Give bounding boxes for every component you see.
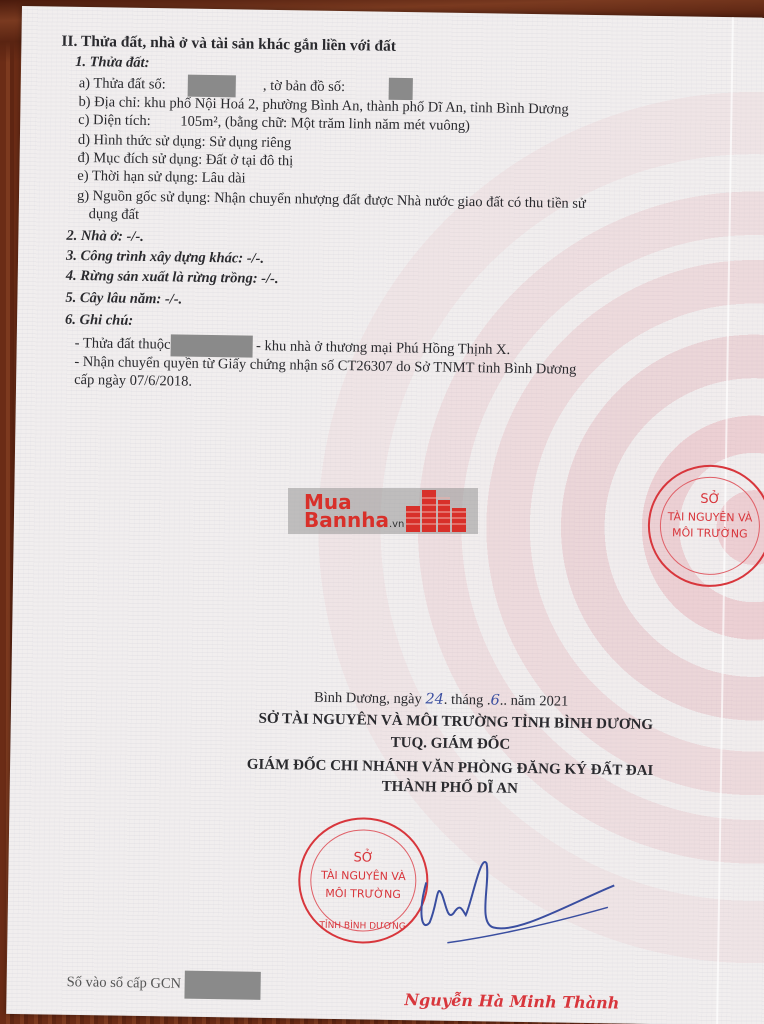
redacted-map-sheet: [389, 78, 413, 100]
building-icon: [406, 490, 466, 532]
notes-line1-prefix: - Thửa đất thuộc: [75, 335, 171, 353]
notes-heading: 6. Ghi chú:: [65, 311, 133, 330]
usage-term: e) Thời hạn sử dụng: Lâu dài: [77, 167, 246, 188]
notes-line3: cấp ngày 07/6/2018.: [74, 371, 192, 391]
section-title: II. Thửa đất, nhà ở và tài sản khác gắn …: [61, 33, 396, 56]
perennial-row: 5. Cây lâu năm: -/-.: [65, 289, 182, 309]
month-label: tháng: [451, 692, 483, 709]
area-value: 105m², (bằng chữ: Một trăm linh năm mét …: [180, 114, 470, 135]
watermark-logo: Mua Bannha.vn: [288, 488, 478, 534]
year-label: năm 2021: [511, 693, 569, 710]
place-date-prefix: Bình Dương, ngày: [314, 690, 422, 708]
logo-brand: Bannha: [304, 508, 389, 532]
signer-name: Nguyễn Hà Minh Thành: [404, 990, 619, 1012]
land-heading: 1. Thửa đất:: [75, 53, 150, 72]
area-label: c) Diện tích:: [78, 112, 151, 129]
other-works-row: 3. Công trình xây dựng khác: -/-.: [66, 247, 264, 268]
handwritten-month: 6: [490, 692, 499, 708]
seal-text-dept: TÀI NGUYÊN VÀ: [650, 510, 764, 526]
registry-row: Số vào sổ cấp GCN: [66, 969, 260, 1000]
seal-text-env: MÔI TRƯỜNG: [650, 526, 764, 542]
parcel-number-label: a) Thửa đất số:: [79, 75, 166, 92]
logo-text-bannha: Bannha.vn: [304, 510, 404, 535]
logo-domain: .vn: [389, 519, 404, 530]
redacted-registry-number: [184, 971, 260, 1000]
registry-label: Số vào sổ cấp GCN: [67, 974, 182, 992]
usage-origin-line2: dụng đất: [89, 205, 140, 224]
notes-line1-suffix: - khu nhà ở thương mại Phú Hồng Thịnh X.: [256, 338, 510, 358]
map-sheet-label: , tờ bản đồ số:: [263, 78, 345, 95]
seal-text-so: SỞ: [650, 492, 764, 508]
signature-icon: [407, 842, 619, 955]
handwritten-day: 24: [425, 691, 444, 707]
house-row: 2. Nhà ở: -/-.: [66, 227, 144, 246]
forest-row: 4. Rừng sản xuất là rừng trồng: -/-.: [66, 267, 279, 288]
